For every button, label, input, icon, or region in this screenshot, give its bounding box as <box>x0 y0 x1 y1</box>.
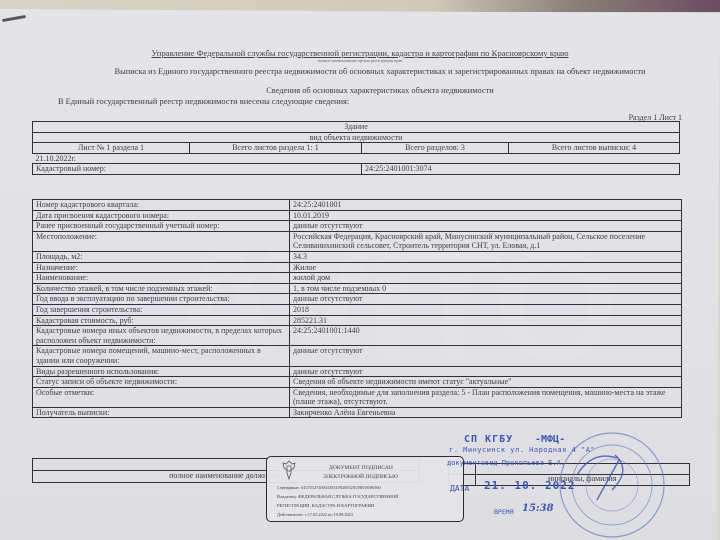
table-row: Кадастровые номера иных объектов недвижи… <box>33 326 682 346</box>
coat-of-arms-icon <box>281 459 297 481</box>
table-row: Назначение:Жилое <box>33 262 682 273</box>
table-row: Номер кадастрового квартала:24:25:240100… <box>33 200 682 211</box>
signature-line1: ДОКУМЕНТ ПОДПИСАН <box>329 465 393 471</box>
table-row: Год завершения строительства:2018 <box>33 304 682 315</box>
stamp-date: 21. 10. 2022 <box>484 479 575 492</box>
table-row: Количество этажей, в том числе подземных… <box>33 283 682 294</box>
table-row: Получатель выписки:Закирченко Алёна Евге… <box>33 407 682 418</box>
organization-caption: полное наименование органа регистрации п… <box>0 58 720 63</box>
table-row: Местоположение:Российская Федерация, Кра… <box>33 231 682 251</box>
table-row: Год ввода в эксплуатацию по завершении с… <box>33 294 682 305</box>
stamp-org: СП КГБУ <box>464 434 513 445</box>
stamp-time-label: ВРЕМЯ <box>494 508 514 516</box>
sheet-number: Лист № 1 раздела 1 <box>33 143 190 154</box>
signature-owner-1: Владелец: ФЕДЕРАЛЬНАЯ СЛУЖБА ГОСУДАРСТВЕ… <box>277 494 399 499</box>
document-title: Выписка из Единого государственного реес… <box>60 67 700 76</box>
total-sheets-extract: Всего листов выписки: 4 <box>509 143 680 154</box>
signature-owner-2: РЕГИСТРАЦИИ, КАДАСТРА И КАРТОГРАФИИ <box>277 503 374 508</box>
table-row: Площадь, м2:34.3 <box>33 251 682 262</box>
electronic-signature-box: ДОКУМЕНТ ПОДПИСАН ЭЛЕКТРОННОЙ ПОДПИСЬЮ С… <box>266 456 464 522</box>
characteristics-table: Номер кадастрового квартала:24:25:240100… <box>32 199 682 418</box>
total-sections: Всего разделов: 3 <box>362 143 509 154</box>
stamp-officer: документовед Прокопьева Е.А. <box>447 459 565 467</box>
table-row: Дата присвоения кадастрового номера:10.0… <box>33 210 682 221</box>
stamp-date-label: ДАТА <box>450 484 469 493</box>
table-row: Статус записи об объекте недвижимости:Св… <box>33 377 682 388</box>
object-type-caption: вид объекта недвижимости <box>33 132 680 143</box>
document-subtitle: Сведения об основных характеристиках объ… <box>40 86 720 95</box>
extract-date: 21.10.2022г. <box>33 153 680 164</box>
cadastral-number-label: Кадастровый номер: <box>33 164 362 175</box>
stamp-org2: -МФЦ- <box>535 434 565 445</box>
intro-text: В Единый государственный реестр недвижим… <box>58 97 720 106</box>
signature-line2: ЭЛЕКТРОННОЙ ПОДПИСЬЮ <box>323 474 398 480</box>
organization-name: Управление Федеральной службы государств… <box>0 48 720 58</box>
table-row: Кадастровая стоимость, руб:285221.31 <box>33 315 682 326</box>
cadastral-number-value: 24:25:2401001:3074 <box>362 164 680 175</box>
section-header-table: Здание вид объекта недвижимости Лист № 1… <box>32 121 680 175</box>
stamp-address: г. Минусинск ул. Народная 4 "А" <box>449 446 595 454</box>
stamp-time: 15:38 <box>522 503 554 514</box>
table-row: Особые отметки:Сведения, необходимые для… <box>33 387 682 407</box>
signature-certificate: Сертификат: 6457512740043383109200328139… <box>277 485 381 490</box>
table-row: Виды разрешенного использования:данные о… <box>33 366 682 377</box>
object-type: Здание <box>33 122 680 133</box>
signature-validity: Действителен: с 17.05.2022 по 10.08.2023 <box>277 512 353 517</box>
total-sheets-section: Всего листов раздела 1: 1 <box>190 143 362 154</box>
table-row: Наименование:жилой дом <box>33 273 682 284</box>
table-row: Ранее присвоенный государственный учетны… <box>33 221 682 232</box>
table-row: Кадастровые номера помещений, машино-мес… <box>33 346 682 366</box>
